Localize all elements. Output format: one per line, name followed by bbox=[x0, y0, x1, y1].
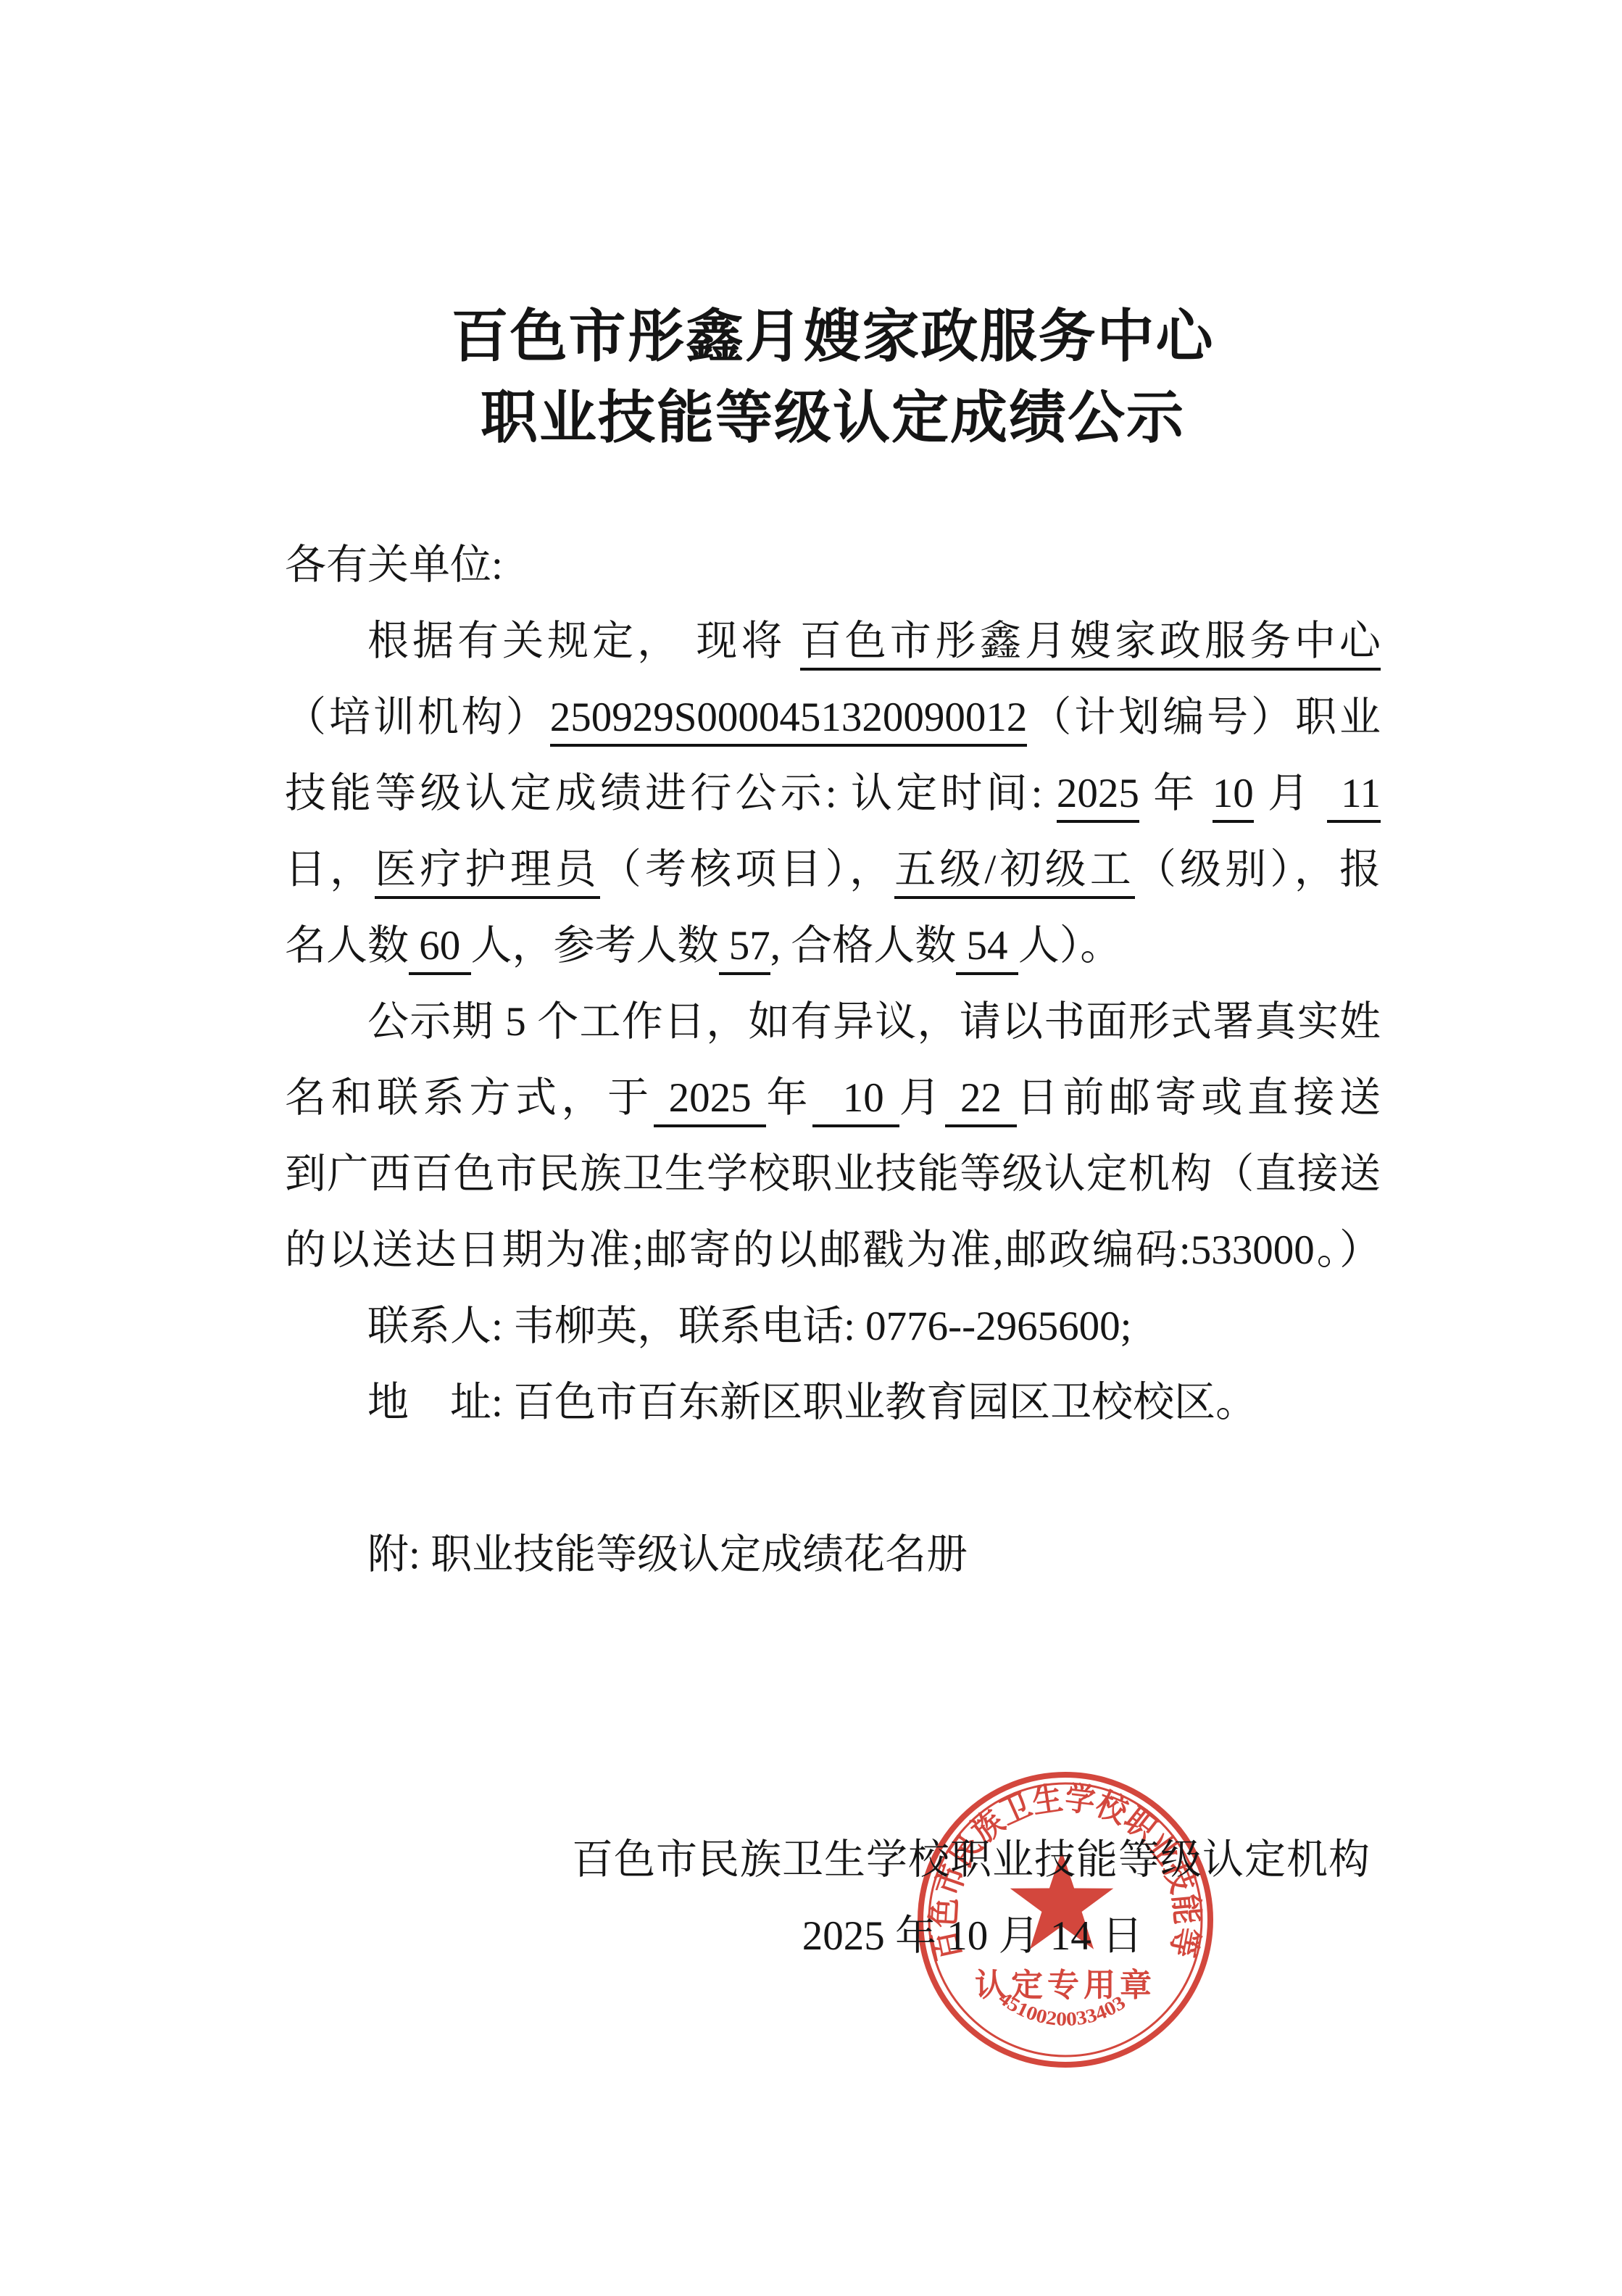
body-line: 公示期 5 个工作日，如有异议，请以书面形式署真实姓 bbox=[285, 984, 1381, 1060]
underlined-text: 54 bbox=[956, 923, 1018, 975]
body-text-segment: 根据有关规定， 现将 bbox=[367, 618, 800, 664]
body-line: 名和联系方式，于 2025 年 10 月 22 日前邮寄或直接送 bbox=[285, 1060, 1381, 1136]
signature-block: 百色市民族卫生学校职业技能等级认定机构 2025 年 10 月 14 日 bbox=[285, 1822, 1381, 1974]
body-line: 技能等级认定成绩进行公示: 认定时间: 2025 年 10 月 11 bbox=[285, 755, 1381, 832]
body-text-segment: 月 bbox=[1254, 771, 1327, 816]
body-line: 联系人: 韦柳英，联系电话: 0776--2965600; bbox=[285, 1288, 1381, 1364]
body-text-segment: 人，参考人数 bbox=[471, 923, 719, 969]
body-line bbox=[285, 1441, 1381, 1517]
body-line: 的以送达日期为准;邮寄的以邮戳为准,邮政编码:533000。） bbox=[285, 1212, 1381, 1288]
document-title: 百色市彤鑫月嫂家政服务中心 职业技能等级认定成绩公示 bbox=[285, 296, 1381, 458]
body-line: 日，医疗护理员（考核项目），五级/初级工（级别），报 bbox=[285, 832, 1381, 908]
body-text-segment: （级别），报 bbox=[1135, 847, 1381, 892]
underlined-text: 2025 bbox=[1057, 771, 1139, 823]
body-text-segment: 技能等级认定成绩进行公示: 认定时间: bbox=[285, 771, 1057, 816]
body-text-segment: 名人数 bbox=[285, 923, 409, 969]
body-line: 附: 职业技能等级认定成绩花名册 bbox=[285, 1517, 1381, 1593]
body-text-segment: 附: 职业技能等级认定成绩花名册 bbox=[367, 1532, 968, 1578]
title-line-1: 百色市彤鑫月嫂家政服务中心 bbox=[285, 296, 1381, 377]
body-text-segment: （考核项目）， bbox=[600, 847, 894, 892]
body-text-segment: 的以送达日期为准;邮寄的以邮戳为准,邮政编码:533000。） bbox=[285, 1227, 1381, 1273]
body-text-segment: 月 bbox=[899, 1075, 946, 1121]
body-line: 名人数 60 人，参考人数 57, 合格人数 54 人）。 bbox=[285, 908, 1381, 984]
underlined-text: 22 bbox=[945, 1075, 1017, 1127]
body-text-segment: 名和联系方式，于 bbox=[285, 1075, 654, 1121]
underlined-text: 百色市彤鑫月嫂家政服务中心 bbox=[800, 618, 1381, 671]
body-line: 地 址: 百色市百东新区职业教育园区卫校校区。 bbox=[285, 1364, 1381, 1441]
underlined-text: 五级/初级工 bbox=[894, 847, 1135, 899]
underlined-text: 2025 bbox=[654, 1075, 767, 1127]
body-line: 根据有关规定， 现将 百色市彤鑫月嫂家政服务中心 bbox=[285, 603, 1381, 679]
title-line-2: 职业技能等级认定成绩公示 bbox=[285, 377, 1381, 458]
signature-organization: 百色市民族卫生学校职业技能等级认定机构 bbox=[285, 1822, 1381, 1898]
body-text-segment: 年 bbox=[766, 1075, 812, 1121]
underlined-text: 57 bbox=[719, 923, 770, 975]
body-text-segment: , 合格人数 bbox=[770, 923, 957, 969]
underlined-text: 10 bbox=[812, 1075, 899, 1127]
underlined-text: 10 bbox=[1213, 771, 1254, 823]
body-text-segment: 各有关单位: bbox=[285, 542, 503, 588]
body-text-segment: （培训机构） bbox=[285, 695, 550, 740]
body-line: （培训机构）250929S0000451320090012（计划编号）职业 bbox=[285, 679, 1381, 755]
body-line: 到广西百色市民族卫生学校职业技能等级认定机构（直接送 bbox=[285, 1136, 1381, 1212]
underlined-text: 250929S0000451320090012 bbox=[550, 695, 1028, 747]
underlined-text: 11 bbox=[1327, 771, 1381, 823]
document-page: 百色市民族卫生学校职业技能等级 认定专用章 4510020033403 百色市彤… bbox=[0, 0, 1622, 2296]
underlined-text: 医疗护理员 bbox=[375, 847, 600, 899]
body-line: 各有关单位: bbox=[285, 527, 1381, 603]
body-text-segment: 地 址: 百色市百东新区职业教育园区卫校校区。 bbox=[367, 1380, 1257, 1425]
body-text-segment: 日， bbox=[285, 847, 375, 892]
body-text-segment: 联系人: 韦柳英，联系电话: 0776--2965600; bbox=[367, 1304, 1131, 1349]
body-text-segment: 日前邮寄或直接送 bbox=[1017, 1075, 1381, 1121]
body-text-segment: 年 bbox=[1139, 771, 1213, 816]
body-text-segment: 到广西百色市民族卫生学校职业技能等级认定机构（直接送 bbox=[285, 1151, 1381, 1197]
body-text-segment: （计划编号）职业 bbox=[1027, 695, 1381, 740]
body-text: 各有关单位:根据有关规定， 现将 百色市彤鑫月嫂家政服务中心（培训机构）2509… bbox=[285, 527, 1381, 1593]
body-text-segment: 公示期 5 个工作日，如有异议，请以书面形式署真实姓 bbox=[367, 999, 1381, 1045]
body-text-segment: 人）。 bbox=[1018, 923, 1122, 969]
signature-date: 2025 年 10 月 14 日 bbox=[285, 1898, 1381, 1974]
underlined-text: 60 bbox=[409, 923, 471, 975]
